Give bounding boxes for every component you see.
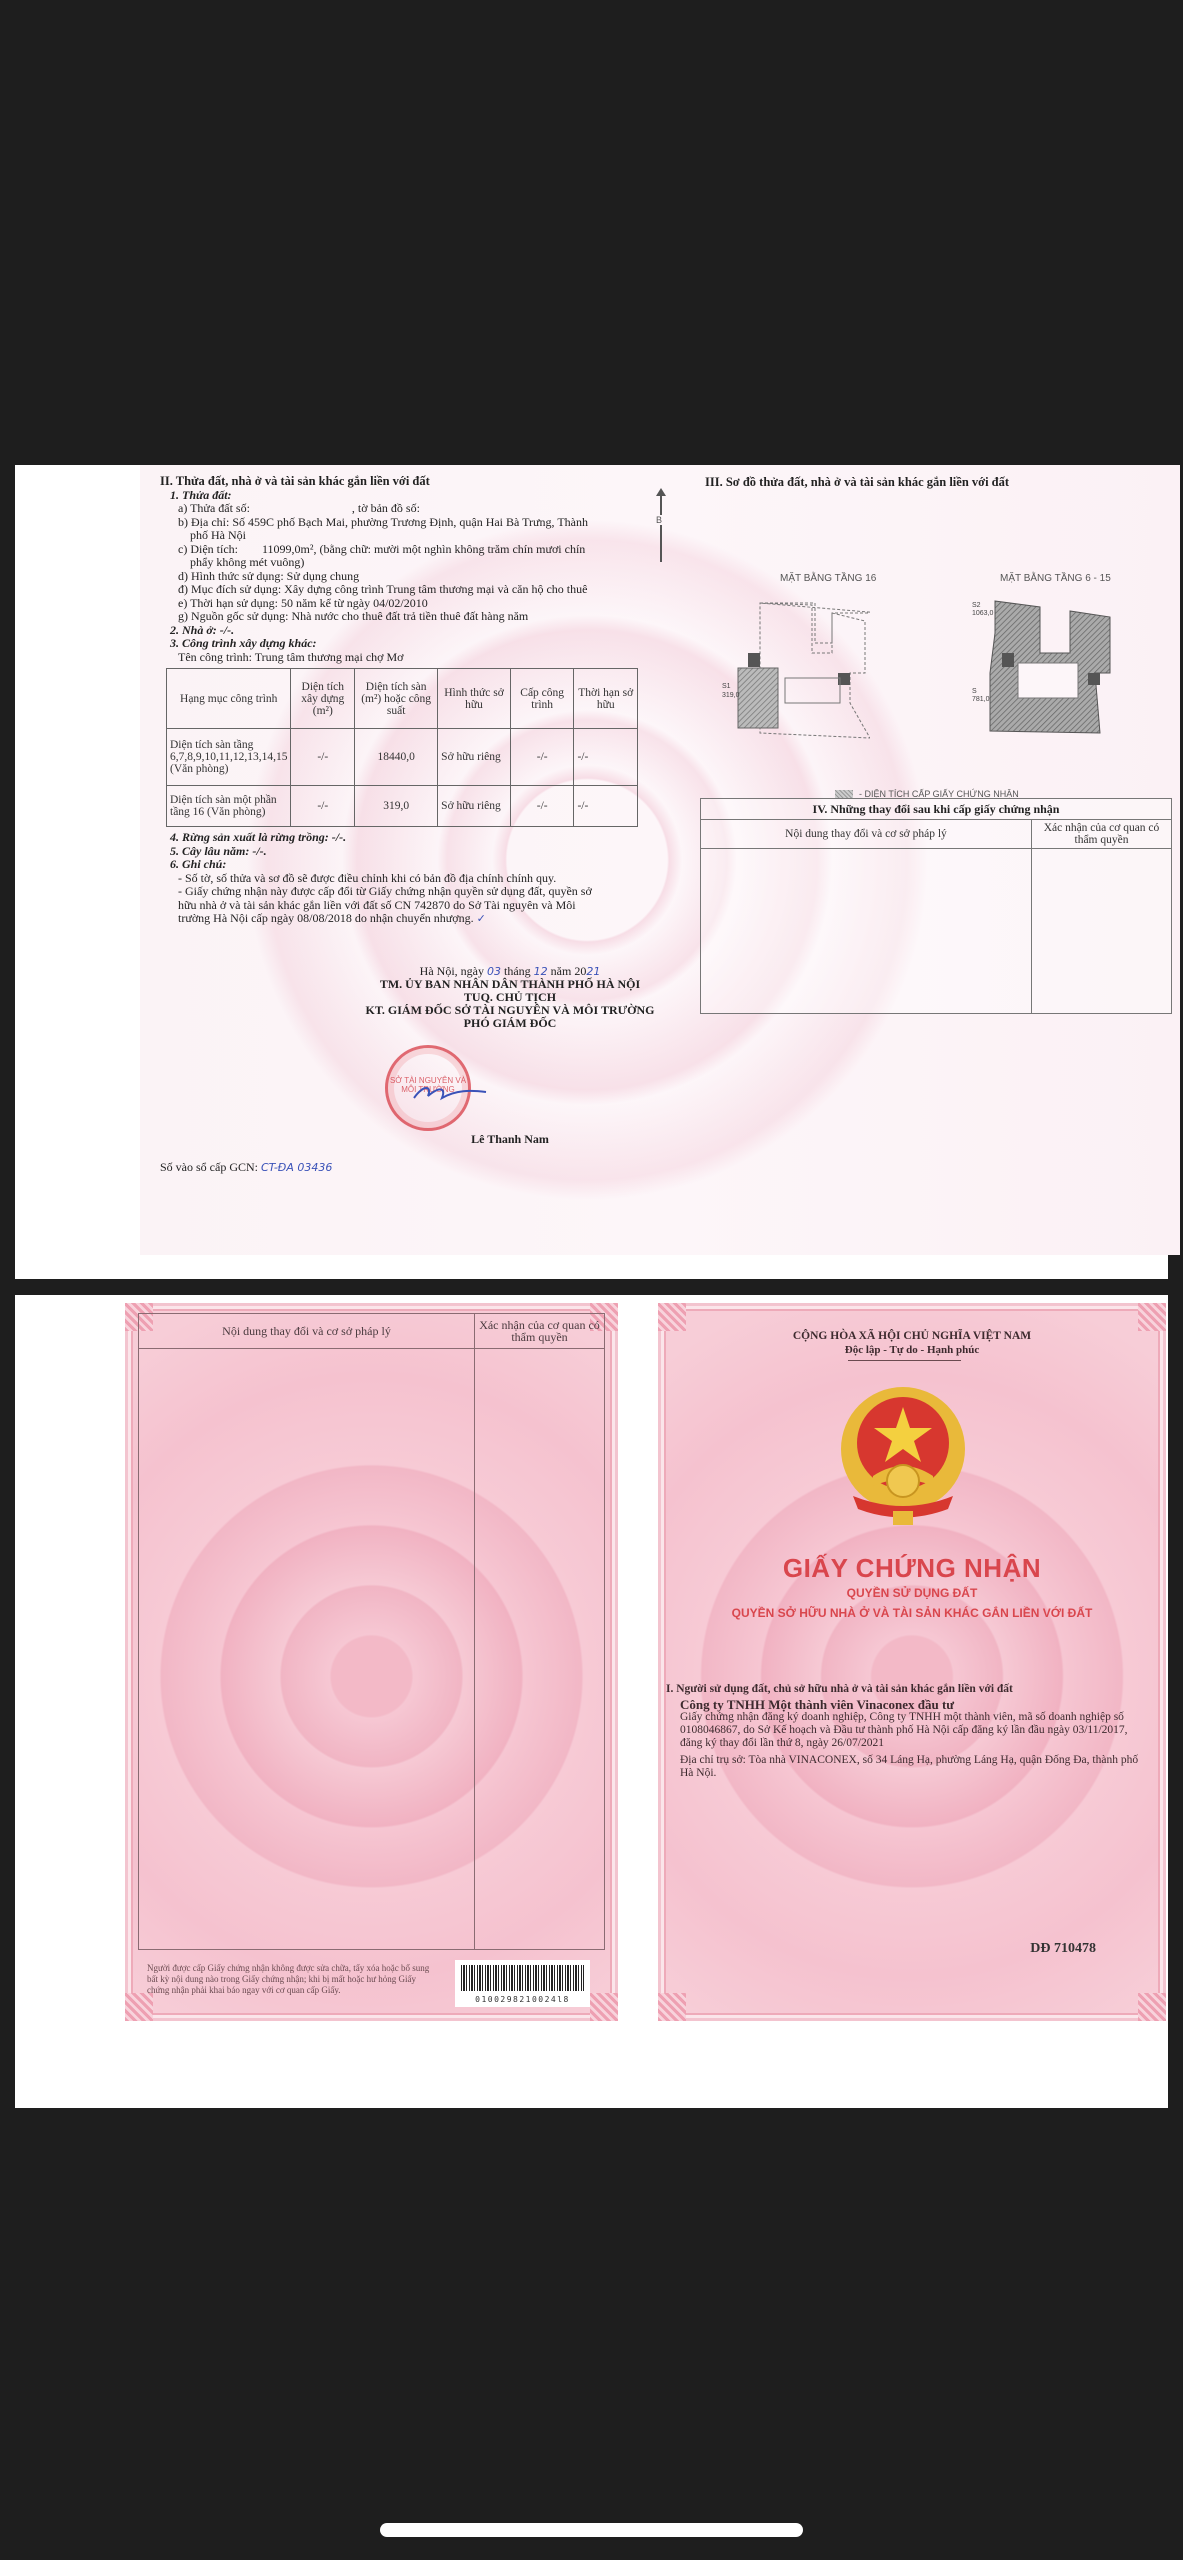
owner-address: Địa chỉ trụ sở: Tòa nhà VINACONEX, số 34…: [666, 1754, 1146, 1780]
ornament-corner-icon: [1138, 1303, 1166, 1331]
land-address-cont: phố Hà Nội: [160, 529, 680, 543]
svg-text:319,0: 319,0: [722, 692, 740, 699]
col-header: Hạng mục công trình: [167, 669, 291, 729]
barcode: 0100298210024l8: [455, 1960, 590, 2007]
land-area: c) Diện tích: 11099,0m², (bằng chữ: mười…: [160, 543, 680, 557]
section-3-title: III. Sơ đồ thửa đất, nhà ở và tài sản kh…: [705, 475, 1009, 490]
col-authority-confirmation: Xác nhận của cơ quan có thẩm quyền: [1032, 820, 1171, 849]
checkmark-icon: ✓: [477, 912, 486, 925]
col-authority-confirmation: Xác nhận của cơ quan có thẩm quyền: [475, 1314, 604, 1349]
owner-name: Công ty TNHH Một thành viên Vinaconex đầ…: [666, 1698, 1146, 1711]
usage-term: e) Thời hạn sử dụng: 50 năm kể từ ngày 0…: [160, 597, 680, 611]
svg-text:S: S: [972, 688, 977, 695]
note-line: - Số tờ, số thửa và sơ đồ sẽ được điều c…: [160, 872, 680, 886]
north-label: B: [656, 515, 662, 525]
home-indicator[interactable]: [380, 2523, 803, 2537]
barcode-number: 0100298210024l8: [455, 1995, 590, 2004]
land-parcel-number: a) Thửa đất số: , tờ bản đồ số:: [160, 502, 680, 516]
works-table: Hạng mục công trình Diện tích xây dựng (…: [166, 668, 638, 827]
col-changes-content: Nội dung thay đổi và cơ sở pháp lý: [139, 1314, 474, 1349]
changes-table: IV. Những thay đổi sau khi cấp giấy chứn…: [700, 798, 1172, 1014]
signature-icon: [410, 1080, 490, 1106]
cell: Diện tích sàn một phần tầng 16 (Văn phòn…: [167, 786, 291, 827]
document-page-2: Nội dung thay đổi và cơ sở pháp lý Xác n…: [15, 1295, 1168, 2108]
cell: -/-: [510, 786, 574, 827]
certificate-title: GIẤY CHỨNG NHẬN: [658, 1553, 1166, 1584]
plan-floor-16-title: MẶT BẰNG TẦNG 16: [780, 573, 876, 584]
cell: Diện tích sàn tầng 6,7,8,9,10,11,12,13,1…: [167, 729, 291, 786]
table-row: Diện tích sàn một phần tầng 16 (Văn phòn…: [167, 786, 638, 827]
certificate-cover-page: CỘNG HÒA XÃ HỘI CHỦ NGHĨA VIỆT NAM Độc l…: [658, 1303, 1166, 2021]
ornament-corner-icon: [125, 1993, 153, 2021]
forest-line: 4. Rừng sản xuất là rừng trồng: -/-.: [160, 831, 680, 845]
notes-heading: 6. Ghi chú:: [160, 858, 680, 872]
divider: [848, 1360, 961, 1361]
note-line: - Giấy chứng nhận này được cấp đổi từ Gi…: [160, 885, 680, 899]
ornament-corner-icon: [590, 1993, 618, 2021]
cell: -/-: [510, 729, 574, 786]
land-area-cont: phẩy không mét vuông): [160, 556, 680, 570]
certificate-inner-pages: II. Thửa đất, nhà ở và tài sản khác gắn …: [140, 465, 1180, 1255]
republic-heading: CỘNG HÒA XÃ HỘI CHỦ NGHĨA VIỆT NAM: [658, 1330, 1166, 1342]
section-2-title: II. Thửa đất, nhà ở và tài sản khác gắn …: [160, 475, 680, 489]
land-heading: 1. Thửa đất:: [160, 489, 680, 503]
note-line: hữu nhà ở và tài sản khác gắn liền với đ…: [160, 899, 680, 913]
col-header: Diện tích sàn (m²) hoặc công suất: [355, 669, 438, 729]
col-header: Cấp công trình: [510, 669, 574, 729]
usage-form: d) Hình thức sử dụng: Sử dụng chung: [160, 570, 680, 584]
usage-purpose: đ) Mục đích sử dụng: Xây dựng công trình…: [160, 583, 680, 597]
svg-text:S2: S2: [972, 602, 981, 609]
cell: Sở hữu riêng: [438, 729, 511, 786]
usage-origin: g) Nguồn gốc sử dụng: Nhà nước cho thuê …: [160, 610, 680, 624]
col-header: Diện tích xây dựng (m²): [291, 669, 355, 729]
col-header: Hình thức sở hữu: [438, 669, 511, 729]
work-name: Tên công trình: Trung tâm thương mại chợ…: [160, 651, 680, 665]
section-land-details: II. Thửa đất, nhà ở và tài sản khác gắn …: [160, 475, 680, 926]
ornament-corner-icon: [658, 1303, 686, 1331]
house-line: 2. Nhà ở: -/-.: [160, 624, 680, 638]
ornament-corner-icon: [658, 1993, 686, 2021]
role-3: PHÓ GIÁM ĐỐC: [340, 1017, 680, 1030]
back-changes-table: Nội dung thay đổi và cơ sở pháp lý Xác n…: [138, 1313, 605, 1950]
certificate-back-page: Nội dung thay đổi và cơ sở pháp lý Xác n…: [125, 1303, 618, 2021]
certificate-serial: DĐ 710478: [1030, 1941, 1096, 1957]
barcode-icon: [461, 1965, 584, 1991]
cell: Sở hữu riêng: [438, 786, 511, 827]
table-row: Diện tích sàn tầng 6,7,8,9,10,11,12,13,1…: [167, 729, 638, 786]
note-line: trường Hà Nội cấp ngày 08/08/2018 do nhậ…: [160, 912, 680, 926]
usage-notice: Người được cấp Giấy chứng nhận không đượ…: [147, 1963, 437, 1996]
col-changes-content: Nội dung thay đổi và cơ sở pháp lý: [701, 820, 1031, 849]
national-motto: Độc lập - Tự do - Hạnh phúc: [658, 1344, 1166, 1356]
land-address: b) Địa chỉ: Số 459C phố Bạch Mai, phường…: [160, 516, 680, 530]
floor-16-plan-diagram: S1 319,0: [720, 593, 870, 743]
col-header: Thời hạn sở hữu: [574, 669, 638, 729]
signature-block: Hà Nội, ngày 03 tháng 12 năm 2021 TM. ỦY…: [340, 965, 680, 1030]
svg-text:781,0: 781,0: [972, 696, 990, 703]
cell: 319,0: [355, 786, 438, 827]
gcn-register-number: Số vào sổ cấp GCN: CT-ĐA 03436: [160, 1160, 332, 1175]
signer-name: Lê Thanh Nam: [340, 1132, 680, 1147]
certificate-subtitle-2: QUYỀN SỞ HỮU NHÀ Ở VÀ TÀI SẢN KHÁC GẮN L…: [658, 1606, 1166, 1620]
cell: 18440,0: [355, 729, 438, 786]
owner-heading: I. Người sử dụng đất, chủ sở hữu nhà ở v…: [666, 1683, 1146, 1696]
ornament-corner-icon: [1138, 1993, 1166, 2021]
cell: -/-: [574, 786, 638, 827]
cell: -/-: [574, 729, 638, 786]
other-works-heading: 3. Công trình xây dựng khác:: [160, 637, 680, 651]
document-page-1: II. Thửa đất, nhà ở và tài sản khác gắn …: [15, 465, 1168, 1279]
north-arrow-icon: [660, 494, 662, 562]
svg-text:1063,0: 1063,0: [972, 610, 994, 617]
plan-floor-6-15-title: MẶT BẰNG TẦNG 6 - 15: [1000, 573, 1111, 584]
certificate-subtitle-1: QUYỀN SỬ DỤNG ĐẤT: [658, 1586, 1166, 1600]
cell: -/-: [291, 729, 355, 786]
floor-6-15-plan-diagram: S2 1063,0 S 781,0: [970, 593, 1120, 743]
cell: -/-: [291, 786, 355, 827]
svg-text:S1: S1: [722, 683, 731, 690]
section-4-title: IV. Những thay đổi sau khi cấp giấy chứn…: [701, 799, 1171, 820]
owner-section: I. Người sử dụng đất, chủ sở hữu nhà ở v…: [666, 1683, 1146, 1780]
national-emblem-icon: [833, 1381, 973, 1531]
perennial-line: 5. Cây lâu năm: -/-.: [160, 845, 680, 859]
owner-registration: Giấy chứng nhận đăng ký doanh nghiệp, Cô…: [666, 1711, 1146, 1750]
